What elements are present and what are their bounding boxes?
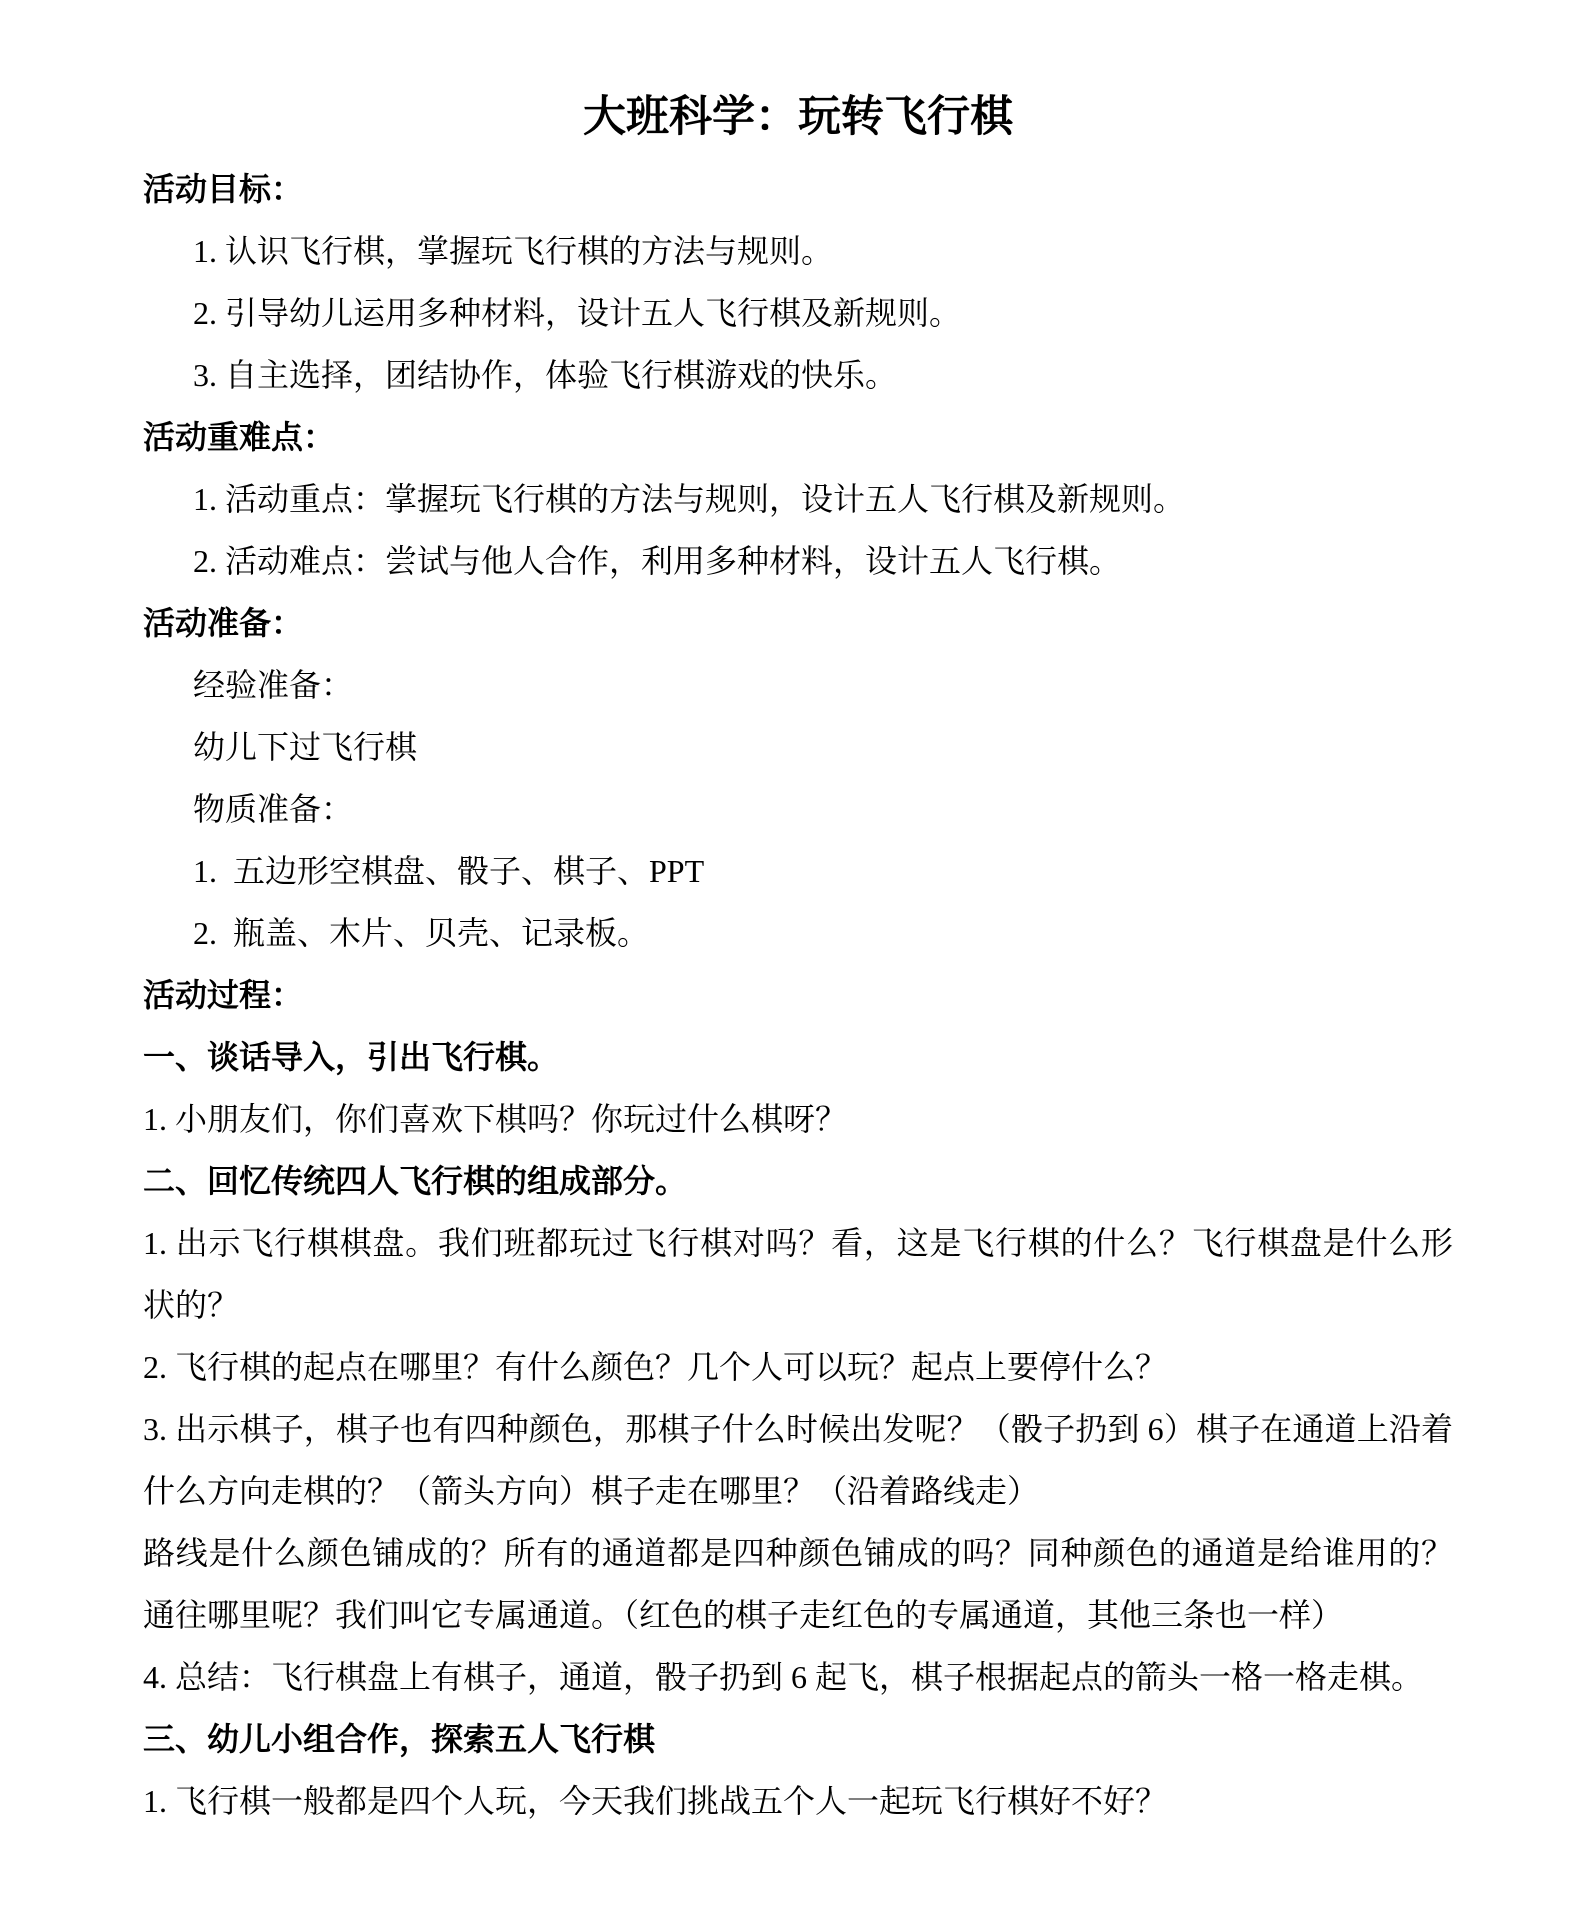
paragraph-step2-summary: 4. 总结：飞行棋盘上有棋子，通道，骰子扔到 6 起飞，棋子根据起点的箭头一格一… bbox=[143, 1646, 1453, 1708]
prep-line-experience: 经验准备： bbox=[143, 654, 1453, 716]
goal-item-2: 2. 引导幼儿运用多种材料，设计五人飞行棋及新规则。 bbox=[143, 282, 1453, 344]
document-title: 大班科学：玩转飞行棋 bbox=[143, 84, 1453, 150]
paragraph-step2-q3: 3. 出示棋子，棋子也有四种颜色，那棋子什么时候出发呢？（骰子扔到 6）棋子在通… bbox=[143, 1398, 1453, 1522]
goal-item-1: 1. 认识飞行棋，掌握玩飞行棋的方法与规则。 bbox=[143, 220, 1453, 282]
step-heading-3: 三、幼儿小组合作，探索五人飞行棋 bbox=[143, 1708, 1453, 1770]
step-heading-1: 一、谈话导入，引出飞行棋。 bbox=[143, 1026, 1453, 1088]
document-body: 大班科学：玩转飞行棋 活动目标： 1. 认识飞行棋，掌握玩飞行棋的方法与规则。 … bbox=[0, 0, 1587, 1832]
prep-material-item-1: 1. 五边形空棋盘、骰子、棋子、PPT bbox=[143, 840, 1453, 902]
prep-line-material: 物质准备： bbox=[143, 778, 1453, 840]
key-point-item-2: 2. 活动难点：尝试与他人合作，利用多种材料，设计五人飞行棋。 bbox=[143, 530, 1453, 592]
prep-line-experience-detail: 幼儿下过飞行棋 bbox=[143, 716, 1453, 778]
section-heading-process: 活动过程： bbox=[143, 964, 1453, 1026]
goal-item-3: 3. 自主选择，团结协作，体验飞行棋游戏的快乐。 bbox=[143, 344, 1453, 406]
section-heading-key-points: 活动重难点： bbox=[143, 406, 1453, 468]
prep-material-item-2: 2. 瓶盖、木片、贝壳、记录板。 bbox=[143, 902, 1453, 964]
paragraph-step3-q1: 1. 飞行棋一般都是四个人玩，今天我们挑战五个人一起玩飞行棋好不好？ bbox=[143, 1770, 1453, 1832]
document-page: 大班科学：玩转飞行棋 活动目标： 1. 认识飞行棋，掌握玩飞行棋的方法与规则。 … bbox=[0, 0, 1587, 1922]
step-heading-2: 二、回忆传统四人飞行棋的组成部分。 bbox=[143, 1150, 1453, 1212]
section-heading-preparation: 活动准备： bbox=[143, 592, 1453, 654]
paragraph-step2-q1: 1. 出示飞行棋棋盘。我们班都玩过飞行棋对吗？看，这是飞行棋的什么？飞行棋盘是什… bbox=[143, 1212, 1453, 1336]
section-heading-goals: 活动目标： bbox=[143, 158, 1453, 220]
paragraph-step2-q3-continued: 路线是什么颜色铺成的？所有的通道都是四种颜色铺成的吗？同种颜色的通道是给谁用的？… bbox=[143, 1522, 1453, 1646]
paragraph-step2-q2: 2. 飞行棋的起点在哪里？有什么颜色？几个人可以玩？起点上要停什么？ bbox=[143, 1336, 1453, 1398]
paragraph-step1-q1: 1. 小朋友们，你们喜欢下棋吗？你玩过什么棋呀？ bbox=[143, 1088, 1453, 1150]
key-point-item-1: 1. 活动重点：掌握玩飞行棋的方法与规则，设计五人飞行棋及新规则。 bbox=[143, 468, 1453, 530]
